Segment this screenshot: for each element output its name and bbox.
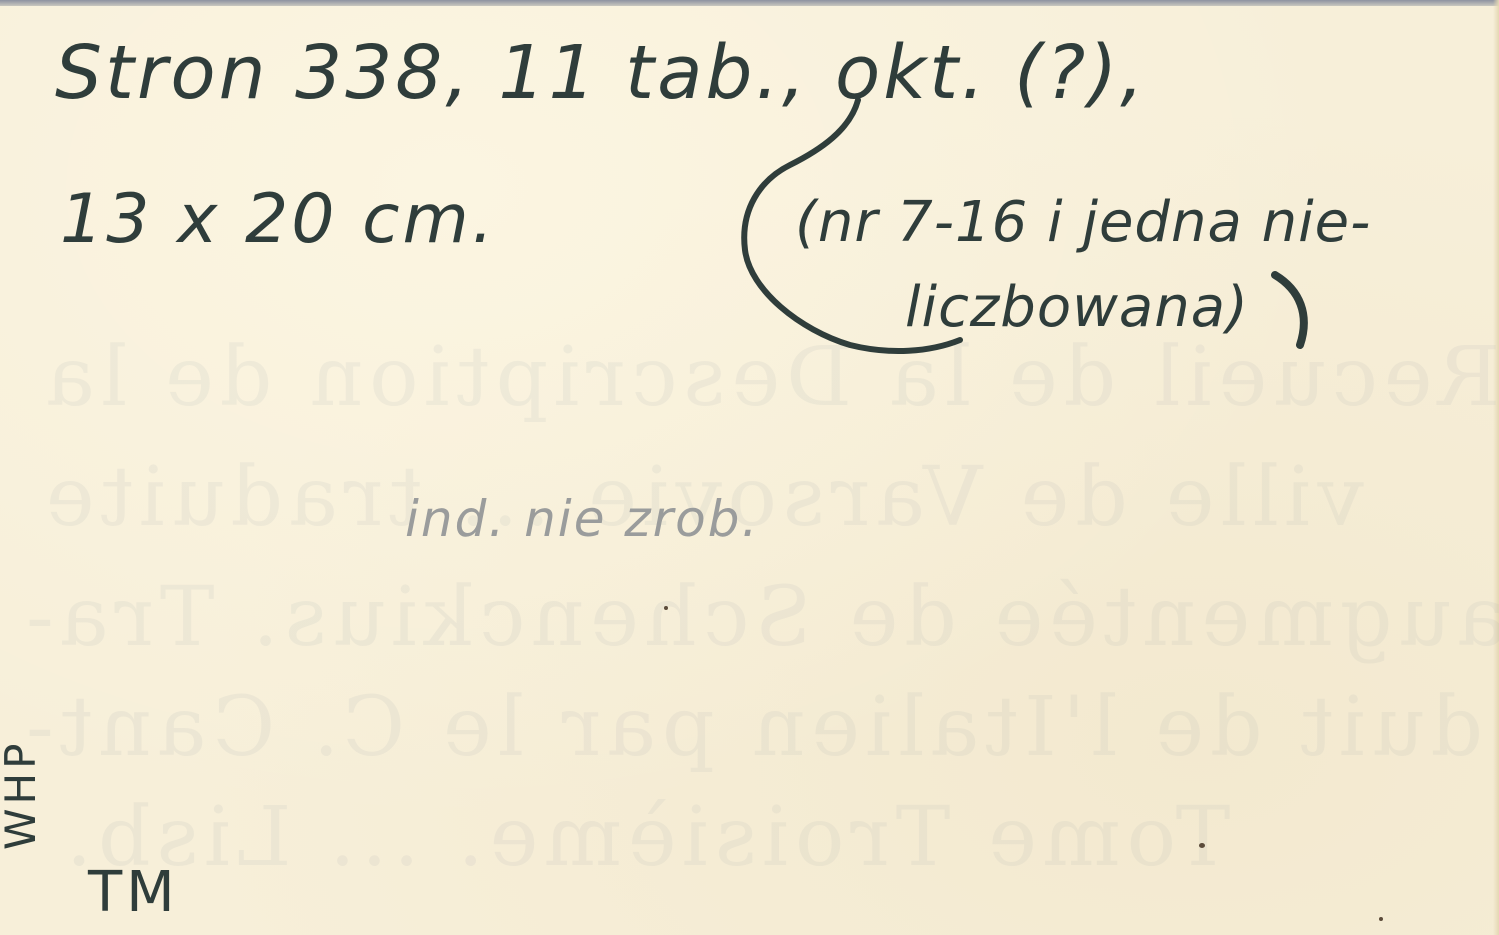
paper-speck	[664, 606, 668, 610]
initials-horizontal: TM	[88, 865, 179, 921]
showthrough-line: augmentée de Schenckius. Tra-	[20, 570, 1499, 665]
scan-top-edge	[0, 0, 1499, 6]
showthrough-line: Tome Troisième. ... Lisb.	[60, 790, 1230, 885]
paper-speck	[1199, 843, 1205, 848]
showthrough-line: duit de l'Italien par le C. Cant-	[20, 680, 1483, 775]
card-description-line-2: 13 x 20 cm.	[60, 180, 496, 259]
pencil-note: ind. nie zrob.	[405, 490, 759, 548]
initials-vertical-text: WHP	[0, 740, 42, 850]
initials-vertical: WHP	[0, 740, 42, 850]
catalog-card: Recueil de la Description de la ville de…	[0, 0, 1499, 935]
scan-right-edge	[1493, 0, 1499, 935]
insertion-note-line-1: (nr 7-16 i jedna nie-	[795, 190, 1371, 255]
paper-speck	[1379, 917, 1383, 921]
showthrough-line: Recueil de la Description de la	[40, 330, 1499, 425]
insertion-note-line-2: liczbowana)	[905, 275, 1249, 340]
insertion-bracket-icon	[0, 0, 1499, 935]
reverse-side-bleed-through: Recueil de la Description de la ville de…	[0, 0, 1499, 935]
card-description-line-1: Stron 338, 11 tab., okt. (?),	[55, 30, 1147, 116]
